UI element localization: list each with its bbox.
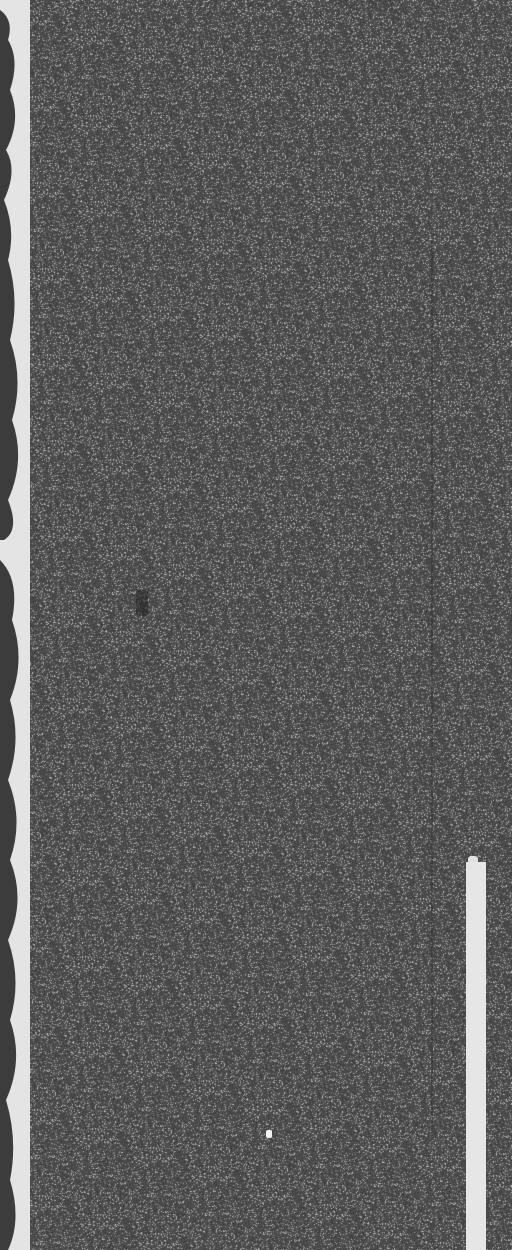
worn-edge-line: [0, 0, 32, 1250]
dark-patch: [136, 590, 148, 616]
pavement-crack: [431, 240, 433, 1140]
road-photo: [0, 0, 512, 1250]
asphalt-texture: [0, 0, 512, 1250]
debris-speck: [266, 1130, 272, 1138]
lane-marking: [466, 862, 486, 1250]
